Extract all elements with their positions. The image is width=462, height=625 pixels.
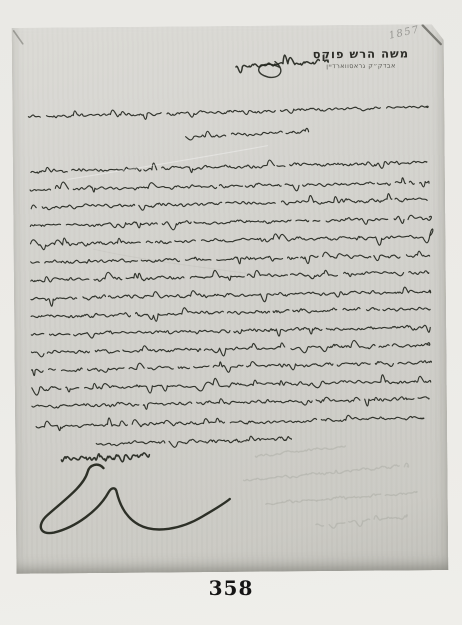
handwriting-line: [30, 178, 429, 194]
handwriting-line: [61, 453, 149, 462]
signature-flourish: [40, 464, 230, 534]
handwriting-line: [31, 325, 430, 338]
corner-fold-line: [423, 25, 441, 44]
ghost-showthrough-line: [316, 515, 407, 528]
top-left-crease: [14, 31, 23, 44]
handwriting-line: [28, 106, 428, 121]
handwriting-line: [31, 340, 429, 358]
handwriting-line: [32, 396, 429, 410]
date-line-loop: [259, 62, 281, 78]
handwriting-line: [96, 436, 291, 448]
handwriting-line: [31, 159, 427, 174]
paper-crease-light: [68, 146, 268, 180]
handwriting-line: [186, 128, 309, 140]
handwriting-line: [31, 287, 431, 306]
handwriting-line: [30, 229, 433, 250]
handwriting-line: [30, 215, 431, 231]
ghost-showthrough-line: [243, 463, 408, 481]
book-page: משה הרש פוקס אבדק״ק גראסווארדיין 1857 35…: [0, 0, 462, 625]
handwriting-line: [236, 55, 328, 73]
handwriting-line: [31, 269, 429, 283]
page-number: 358: [0, 576, 462, 600]
ghost-showthrough-line: [266, 492, 417, 505]
handwriting-line: [31, 306, 430, 323]
handwritten-letter-ink: [12, 24, 449, 574]
handwriting-line: [32, 374, 431, 395]
ghost-showthrough-line: [255, 446, 345, 457]
letter-photograph: משה הרש פוקס אבדק״ק גראסווארדיין 1857: [12, 24, 449, 574]
handwriting-line: [31, 193, 427, 211]
handwriting-line: [31, 251, 430, 266]
handwriting-line: [36, 415, 424, 431]
handwriting-line: [32, 360, 432, 376]
